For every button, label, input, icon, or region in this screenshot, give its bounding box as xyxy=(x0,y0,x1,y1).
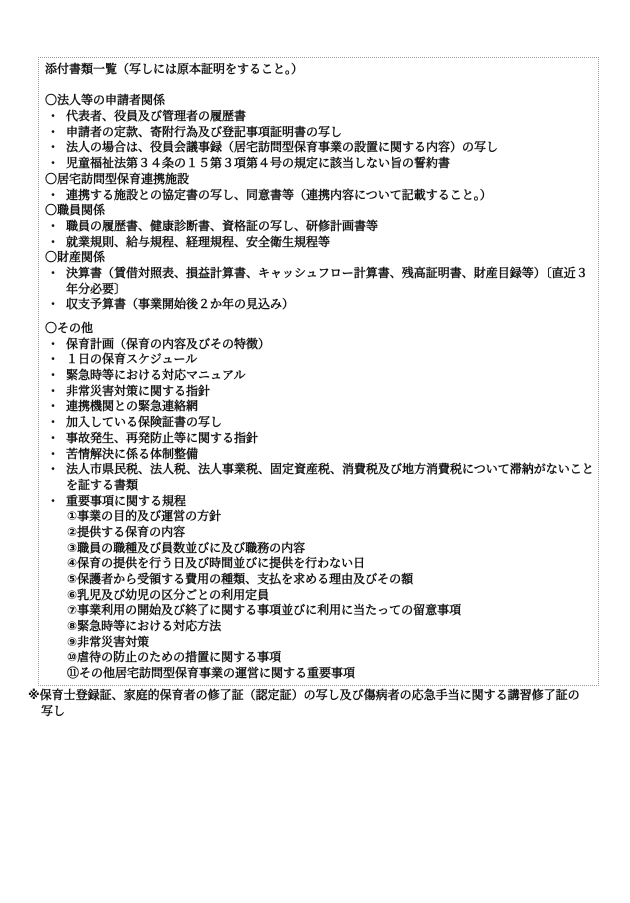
numbered-subitem: ⑤保護者から受領する費用の種類、支払を求める理由及びその額 xyxy=(45,572,592,588)
bullet-marker: ・ xyxy=(47,494,59,510)
section-heading: 〇職員関係 xyxy=(45,203,592,219)
numbered-subitem: ②提供する保育の内容 xyxy=(45,525,592,541)
bullet-text: 連携する施設との協定書の写し、同意書等（連携内容について記載すること。） xyxy=(66,188,492,202)
bullet-text: 苦情解決に係る体制整備 xyxy=(66,447,198,461)
document-page: 添付書類一覧（写しには原本証明をすること。）〇法人等の申請者関係・代表者、役員及… xyxy=(0,0,630,903)
footnote-line-2: 写し xyxy=(28,704,606,720)
bullet-text: 申請者の定款、寄附行為及び登記事項証明書の写し xyxy=(66,125,342,139)
bullet-marker: ・ xyxy=(47,431,59,447)
bullet-marker: ・ xyxy=(47,447,59,463)
bullet-item-continuation: を証する書類 xyxy=(45,478,592,494)
bullet-text: 法人の場合は、役員会議事録（居宅訪問型保育事業の設置に関する内容）の写し xyxy=(66,140,498,154)
bullet-marker: ・ xyxy=(47,188,59,204)
bullet-text: 職員の履歴書、健康診断書、資格証の写し、研修計画書等 xyxy=(66,219,378,233)
bullet-text: 連携機関との緊急連絡網 xyxy=(66,399,198,413)
bullet-text: 緊急時等における対応マニュアル xyxy=(66,368,246,382)
bullet-marker: ・ xyxy=(47,384,59,400)
numbered-subitem: ⑧緊急時等における対応方法 xyxy=(45,619,592,635)
bullet-item: ・児童福祉法第３４条の１５第３項第４号の規定に該当しない旨の誓約書 xyxy=(45,156,592,172)
bullet-item: ・事故発生、再発防止等に関する指針 xyxy=(45,431,592,447)
bullet-marker: ・ xyxy=(47,109,59,125)
bullet-item: ・代表者、役員及び管理者の履歴書 xyxy=(45,109,592,125)
bullet-marker: ・ xyxy=(47,337,59,353)
bullet-item: ・緊急時等における対応マニュアル xyxy=(45,368,592,384)
bullet-text: 決算書（賃借対照表、損益計算書、キャッシュフロー計算書、残高証明書、財産目録等）… xyxy=(66,266,588,280)
section-heading: 〇法人等の申請者関係 xyxy=(45,93,592,109)
bullet-text: １日の保育スケジュール xyxy=(66,352,197,366)
bullet-marker: ・ xyxy=(47,415,59,431)
bullet-item: ・法人市県民税、法人税、法人事業税、固定資産税、消費税及び地方消費税について滞納… xyxy=(45,462,592,478)
bullet-item: ・非常災害対策に関する指針 xyxy=(45,384,592,400)
bullet-marker: ・ xyxy=(47,125,59,141)
bullet-item: ・収支予算書（事業開始後２か年の見込み） xyxy=(45,297,592,313)
bullet-text: 事故発生、再発防止等に関する指針 xyxy=(66,431,258,445)
bullet-item: ・職員の履歴書、健康診断書、資格証の写し、研修計画書等 xyxy=(45,219,592,235)
bullet-text: 代表者、役員及び管理者の履歴書 xyxy=(66,109,246,123)
bullet-text: 収支予算書（事業開始後２か年の見込み） xyxy=(66,297,294,311)
bullet-text: 保育計画（保育の内容及びその特徴） xyxy=(66,337,270,351)
bullet-marker: ・ xyxy=(47,156,59,172)
numbered-subitem: ①事業の目的及び運営の方針 xyxy=(45,509,592,525)
bullet-item: ・連携機関との緊急連絡網 xyxy=(45,399,592,415)
numbered-subitem: ⑩虐待の防止のための措置に関する事項 xyxy=(45,650,592,666)
section-heading: 〇その他 xyxy=(45,321,592,337)
bullet-marker: ・ xyxy=(47,462,59,478)
footnote: ※保育士登録証、家庭的保育者の修了証（認定証）の写し及び傷病者の応急手当に関する… xyxy=(28,688,606,719)
bullet-item: ・申請者の定款、寄附行為及び登記事項証明書の写し xyxy=(45,125,592,141)
bullet-marker: ・ xyxy=(47,235,59,251)
numbered-subitem: ④保育の提供を行う日及び時間並びに提供を行わない日 xyxy=(45,556,592,572)
numbered-subitem: ⑨非常災害対策 xyxy=(45,635,592,651)
bullet-marker: ・ xyxy=(47,368,59,384)
spacer-line xyxy=(45,313,592,321)
bullet-marker: ・ xyxy=(47,399,59,415)
numbered-subitem: ⑥乳児及び幼児の区分ごとの利用定員 xyxy=(45,588,592,604)
numbered-subitem: ⑦事業利用の開始及び終了に関する事項並びに利用に当たっての留意事項 xyxy=(45,603,592,619)
bullet-text: 就業規則、給与規程、経理規程、安全衛生規程等 xyxy=(66,235,330,249)
bullet-item-continuation: 年分必要〕 xyxy=(45,282,592,298)
bullet-text: 法人市県民税、法人税、法人事業税、固定資産税、消費税及び地方消費税について滞納が… xyxy=(66,462,594,476)
bullet-text: 重要事項に関する規程 xyxy=(66,494,186,508)
footnote-line-1: ※保育士登録証、家庭的保育者の修了証（認定証）の写し及び傷病者の応急手当に関する… xyxy=(28,688,606,704)
bullet-item: ・加入している保険証書の写し xyxy=(45,415,592,431)
bullet-item: ・就業規則、給与規程、経理規程、安全衛生規程等 xyxy=(45,235,592,251)
document-title: 添付書類一覧（写しには原本証明をすること。） xyxy=(45,62,592,78)
bullet-marker: ・ xyxy=(47,352,59,368)
bullet-marker: ・ xyxy=(47,219,59,235)
bullet-item: ・法人の場合は、役員会議事録（居宅訪問型保育事業の設置に関する内容）の写し xyxy=(45,140,592,156)
bullet-marker: ・ xyxy=(47,140,59,156)
numbered-subitem: ③職員の職種及び員数並びに及び職務の内容 xyxy=(45,541,592,557)
bullet-item: ・決算書（賃借対照表、損益計算書、キャッシュフロー計算書、残高証明書、財産目録等… xyxy=(45,266,592,282)
bullet-marker: ・ xyxy=(47,297,59,313)
bullet-item: ・保育計画（保育の内容及びその特徴） xyxy=(45,337,592,353)
blank-line xyxy=(45,78,592,94)
bullet-item: ・連携する施設との協定書の写し、同意書等（連携内容について記載すること。） xyxy=(45,188,592,204)
bullet-item: ・苦情解決に係る体制整備 xyxy=(45,447,592,463)
bullet-item: ・重要事項に関する規程 xyxy=(45,494,592,510)
bullet-text: 加入している保険証書の写し xyxy=(66,415,222,429)
section-heading: 〇財産関係 xyxy=(45,250,592,266)
numbered-subitem: ⑪その他居宅訪問型保育事業の運営に関する重要事項 xyxy=(45,666,592,682)
bullet-text: 非常災害対策に関する指針 xyxy=(66,384,210,398)
bullet-item: ・１日の保育スケジュール xyxy=(45,352,592,368)
attachment-list-box: 添付書類一覧（写しには原本証明をすること。）〇法人等の申請者関係・代表者、役員及… xyxy=(38,57,599,686)
section-heading: 〇居宅訪問型保育連携施設 xyxy=(45,172,592,188)
bullet-marker: ・ xyxy=(47,266,59,282)
bullet-text: 児童福祉法第３４条の１５第３項第４号の規定に該当しない旨の誓約書 xyxy=(66,156,450,170)
